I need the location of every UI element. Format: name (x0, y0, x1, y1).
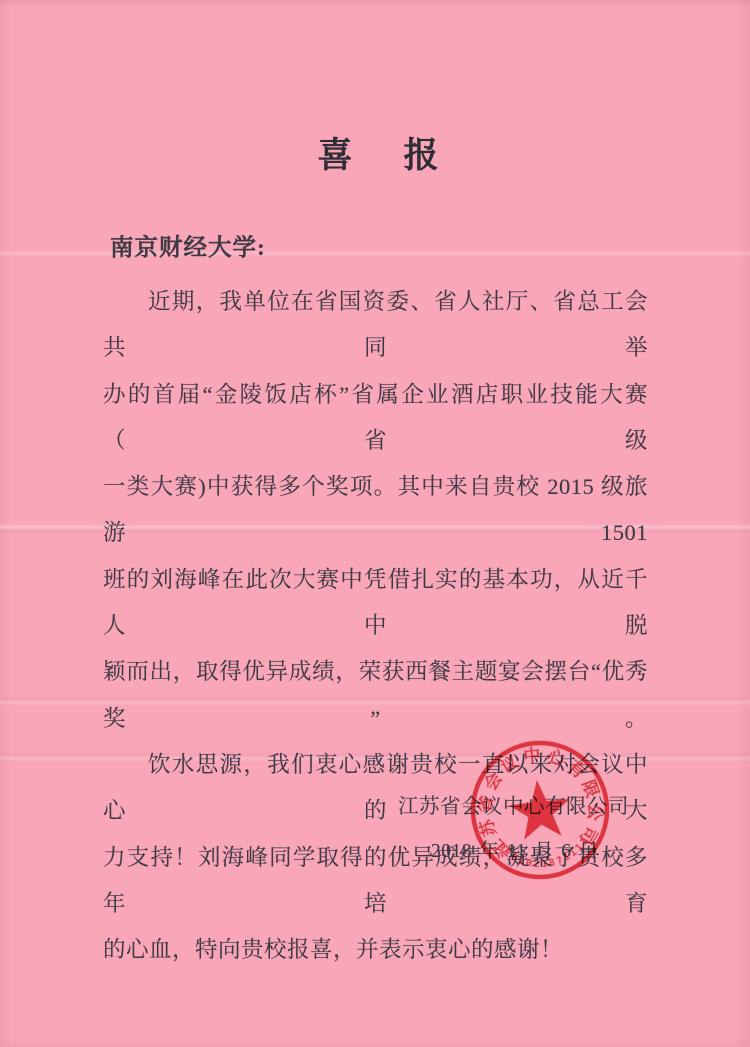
seal-star-icon (507, 777, 574, 841)
body-line: 近期，我单位在省国资委、省人社厅、省总工会共同举 (103, 279, 648, 372)
body-line: 班的刘海峰在此次大赛中凭借扎实的基本功，从近千人中脱 (103, 557, 648, 650)
scanned-letter-page: 喜 报 南京财经大学: 近期，我单位在省国资委、省人社厅、省总工会共同举办的首届… (0, 0, 750, 1047)
recipient-line: 南京财经大学: (110, 233, 266, 263)
body-line: 的心血，特向贵校报喜，并表示衷心的感谢！ (103, 927, 648, 973)
page-title: 喜 报 (0, 136, 750, 176)
body-line: 办的首届“金陵饭店杯”省属企业酒店职业技能大赛（省级 (103, 372, 648, 465)
body-line: 一类大赛)中获得多个奖项。其中来自贵校 2015 级旅游 1501 (103, 464, 648, 557)
company-seal-stamp: 江苏省会议中心有限公司 3201021871111 (419, 689, 661, 931)
